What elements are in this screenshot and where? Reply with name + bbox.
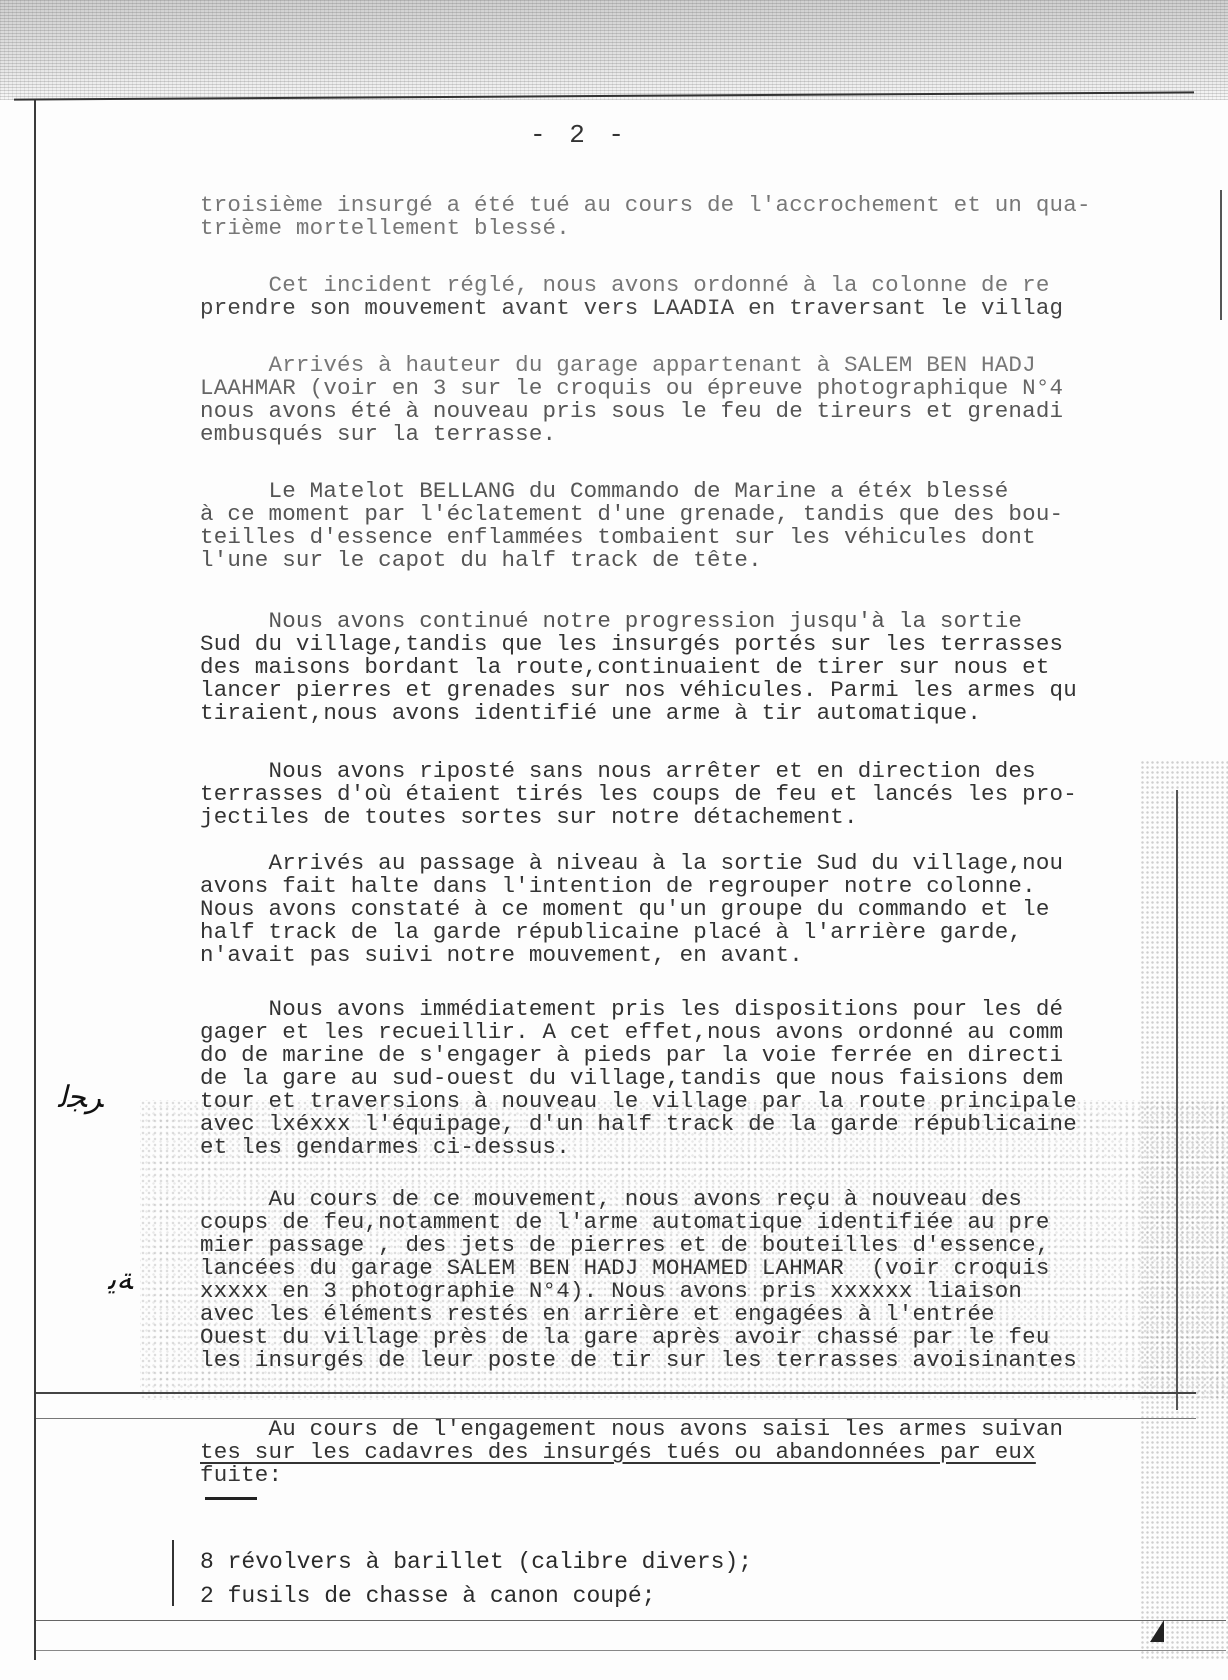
text-line: gager et les recueillir. A cet effet,nou… (200, 1021, 1160, 1044)
text-line: LAAHMAR (voir en 3 sur le croquis ou épr… (200, 377, 1160, 400)
text-line: Sud du village,tandis que les insurgés p… (200, 633, 1160, 656)
text-line: terrasses d'où étaient tirés les coups d… (200, 783, 1160, 806)
scan-noise-header (0, 0, 1228, 100)
text-line: avec lxéxxx l'équipage, d'un half track … (200, 1113, 1160, 1136)
text-line: Nous avons continué notre progression ju… (200, 610, 1160, 633)
text-line: tiraient,nous avons identifié une arme à… (200, 702, 1160, 725)
text-line: à ce moment par l'éclatement d'une grena… (200, 503, 1160, 526)
text-line: les insurgés de leur poste de tir sur le… (200, 1349, 1160, 1372)
text-line: teilles d'essence enflammées tombaient s… (200, 526, 1160, 549)
text-line: Au cours de l'engagement nous avons sais… (200, 1418, 1160, 1441)
text-line: lancer pierres et grenades sur nos véhic… (200, 679, 1160, 702)
paragraph-1: troisième insurgé a été tué au cours de … (200, 194, 1160, 240)
text-line: prendre son mouvement avant vers LAADIA … (200, 297, 1160, 320)
text-line: et les gendarmes ci-dessus. (200, 1136, 1160, 1159)
paragraph-8: Nous avons immédiatement pris les dispos… (200, 998, 1160, 1159)
paragraph-2: Cet incident réglé, nous avons ordonné à… (200, 274, 1160, 320)
text-line: tes sur les cadavres des insurgés tués o… (200, 1441, 1160, 1464)
paragraph-7: Arrivés au passage à niveau à la sortie … (200, 852, 1160, 967)
text-line: jectiles de toutes sortes sur notre déta… (200, 806, 1160, 829)
text-line: Nous avons immédiatement pris les dispos… (200, 998, 1160, 1021)
text-line: coups de feu,notamment de l'arme automat… (200, 1211, 1160, 1234)
text-line: des maisons bordant la route,continuaien… (200, 656, 1160, 679)
text-line: Cet incident réglé, nous avons ordonné à… (200, 274, 1160, 297)
text-line: tour et traversions à nouveau le village… (200, 1090, 1160, 1113)
text-line: fuite: (200, 1464, 1160, 1487)
right-margin-border (1176, 790, 1178, 1410)
left-margin-border (34, 100, 36, 1660)
text-line: Ouest du village près de la gare après a… (200, 1326, 1160, 1349)
text-line: Le Matelot BELLANG du Commando de Marine… (200, 480, 1160, 503)
text-line: l'une sur le capot du half track de tête… (200, 549, 1160, 572)
page-number: - 2 - (530, 120, 628, 150)
right-margin-mark (1220, 190, 1222, 320)
seized-items-list: 8 révolvers à barillet (calibre divers);… (200, 1545, 752, 1613)
text-line: Au cours de ce mouvement, nous avons reç… (200, 1188, 1160, 1211)
text-line: trième mortellement blessé. (200, 217, 1160, 240)
list-item: 8 révolvers à barillet (calibre divers); (200, 1545, 752, 1579)
bottom-rule (36, 1650, 1226, 1651)
paragraph-3: Arrivés à hauteur du garage appartenant … (200, 354, 1160, 446)
handwritten-margin-note: ﺮﺠﻟ (58, 1080, 103, 1115)
text-line: avons fait halte dans l'intention de reg… (200, 875, 1160, 898)
text-line: de la gare au sud-ouest du village,tandi… (200, 1067, 1160, 1090)
text-line: Nous avons riposté sans nous arrêter et … (200, 760, 1160, 783)
text-line: lancées du garage SALEM BEN HADJ MOHAMED… (200, 1257, 1160, 1280)
text-line: n'avait pas suivi notre mouvement, en av… (200, 944, 1160, 967)
section-rule (36, 1392, 1196, 1394)
paragraph-6: Nous avons riposté sans nous arrêter et … (200, 760, 1160, 829)
paragraph-10: Au cours de l'engagement nous avons sais… (200, 1418, 1160, 1487)
paragraph-4: Le Matelot BELLANG du Commando de Marine… (200, 480, 1160, 572)
text-line: do de marine de s'engager à pieds par la… (200, 1044, 1160, 1067)
corner-mark-icon (1150, 1620, 1164, 1642)
list-margin-bar (172, 1540, 174, 1606)
text-line: mier passage , des jets de pierres et de… (200, 1234, 1160, 1257)
text-line: nous avons été à nouveau pris sous le fe… (200, 400, 1160, 423)
text-line: Arrivés à hauteur du garage appartenant … (200, 354, 1160, 377)
text-line: Arrivés au passage à niveau à la sortie … (200, 852, 1160, 875)
handwritten-underline (205, 1497, 257, 1500)
text-line: embusqués sur la terrasse. (200, 423, 1160, 446)
paragraph-5: Nous avons continué notre progression ju… (200, 610, 1160, 725)
list-item: 2 fusils de chasse à canon coupé; (200, 1579, 752, 1613)
text-line: avec les éléments restés en arrière et e… (200, 1303, 1160, 1326)
text-line: xxxxx en 3 photographie N°4). Nous avons… (200, 1280, 1160, 1303)
paragraph-9: Au cours de ce mouvement, nous avons reç… (200, 1188, 1160, 1372)
handwritten-margin-note: ﺔﻳ (108, 1262, 132, 1297)
bottom-rule (36, 1620, 1226, 1621)
text-line: half track de la garde républicaine plac… (200, 921, 1160, 944)
text-line: troisième insurgé a été tué au cours de … (200, 194, 1160, 217)
text-line: Nous avons constaté à ce moment qu'un gr… (200, 898, 1160, 921)
